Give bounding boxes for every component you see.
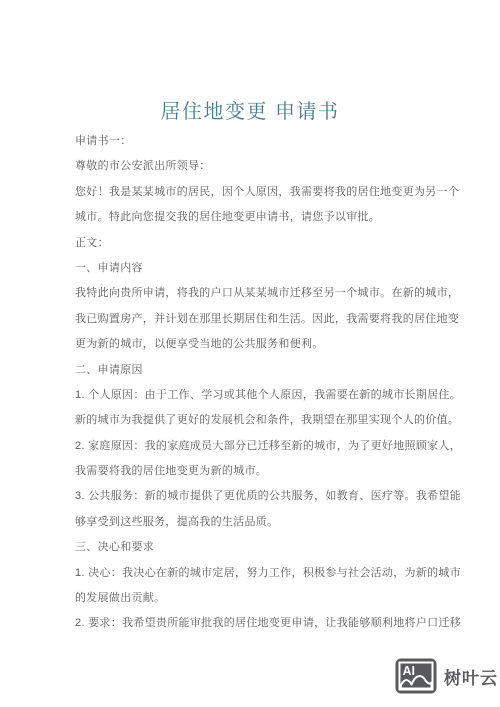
brand-name: 树叶云 bbox=[444, 664, 498, 689]
text-line: 1. 个人原因：由于工作、学习或其他个人原因，我需要在新的城市长期居住。 bbox=[75, 383, 465, 408]
text-line: 2. 要求：我希望贵所能审批我的居住地变更申请，让我能够顺利地将户口迁移 bbox=[75, 611, 465, 636]
ai-image-icon: AI bbox=[395, 658, 437, 694]
document-body: 申请书一：尊敬的市公安派出所领导：您好！我是某某城市的居民，因个人原因，我需要将… bbox=[75, 129, 465, 637]
text-line: 尊敬的市公安派出所领导： bbox=[75, 154, 465, 179]
text-line: 我特此向贵所申请，将我的户口从某某城市迁移至另一个城市。在新的城市， bbox=[75, 281, 465, 306]
text-line: 您好！我是某某城市的居民，因个人原因，我需要将我的居住地变更为另一个 bbox=[75, 180, 465, 205]
text-line: 3. 公共服务：新的城市提供了更优质的公共服务，如教育、医疗等。我希望能 bbox=[75, 484, 465, 509]
document-title: 居住地变更 申请书 bbox=[0, 95, 500, 124]
ai-icon-label: AI bbox=[403, 664, 416, 678]
text-line: 够享受到这些服务，提高我的生活品质。 bbox=[75, 510, 465, 535]
text-line: 的发展做出贡献。 bbox=[75, 586, 465, 611]
document-page: 居住地变更 申请书 申请书一：尊敬的市公安派出所领导：您好！我是某某城市的居民，… bbox=[0, 0, 500, 707]
text-line: 二、申请原因 bbox=[75, 358, 465, 383]
text-line: 我已购置房产，并计划在那里长期居住和生活。因此，我需要将我的居住地变 bbox=[75, 307, 465, 332]
text-line: 三、决心和要求 bbox=[75, 535, 465, 560]
text-line: 2. 家庭原因：我的家庭成员大部分已迁移至新的城市，为了更好地照顾家人， bbox=[75, 434, 465, 459]
brand-watermark: AI 树叶云 bbox=[395, 658, 498, 694]
text-line: 1. 决心：我决心在新的城市定居，努力工作，积极参与社会活动，为新的城市 bbox=[75, 561, 465, 586]
text-line: 一、申请内容 bbox=[75, 256, 465, 281]
text-line: 城市。特此向您提交我的居住地变更申请书，请您予以审批。 bbox=[75, 205, 465, 230]
text-line: 更为新的城市，以便享受当地的公共服务和便利。 bbox=[75, 332, 465, 357]
text-line: 我需要将我的居住地变更为新的城市。 bbox=[75, 459, 465, 484]
text-line: 正文： bbox=[75, 231, 465, 256]
text-line: 新的城市为我提供了更好的发展机会和条件，我期望在那里实现个人的价值。 bbox=[75, 408, 465, 433]
text-line: 申请书一： bbox=[75, 129, 465, 154]
